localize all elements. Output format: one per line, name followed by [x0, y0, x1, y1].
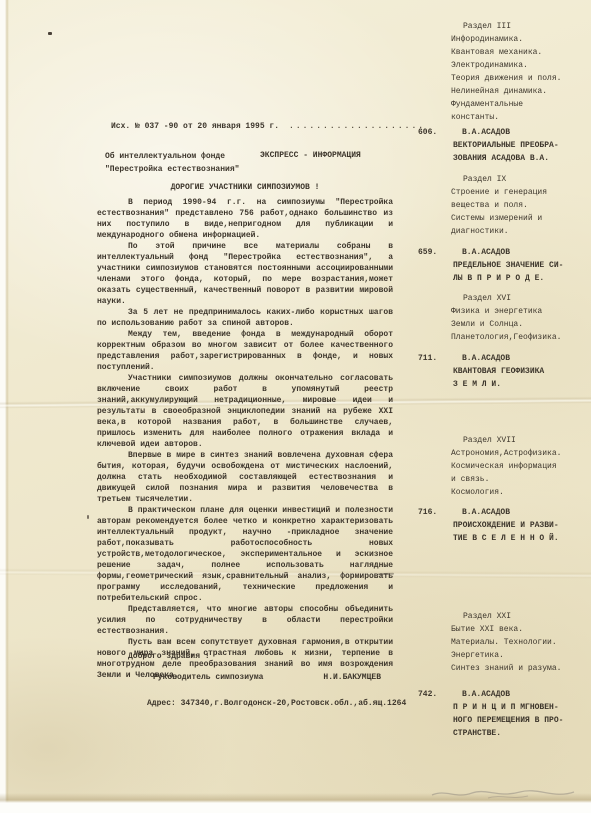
catalog-entry: 659. В.А.АСАДОВ ПРЕДЕЛЬНОЕ ЗНАЧЕНИЕ СИ-Л…: [418, 246, 563, 285]
text-line: Фундаментальные: [451, 98, 561, 111]
scanned-letter-page: Исх. № 037 -90 от 20 января 1995 г......…: [0, 0, 591, 813]
entry-number: 659.: [418, 246, 437, 259]
paragraph: В период 1990-94 г.г. на симпозиумы "Пер…: [97, 197, 393, 241]
text-line: Системы измерений и: [451, 212, 547, 225]
entry-title: П Р И Н Ц И П МГНОВЕН-НОГО ПЕРЕМЕЩЕНИЯ В…: [453, 701, 563, 740]
entry-author: В.А.АСАДОВ: [462, 506, 559, 519]
reference-number: Исх. № 037 -90 от 20 января 1995 г.: [111, 122, 279, 131]
text-line: Материалы. Технологии.: [451, 636, 561, 649]
subject-line-1: Об интеллектуальном фонде: [105, 150, 239, 163]
catalog-entry: 742. В.А.АСАДОВ П Р И Н Ц И П МГНОВЕН-НО…: [418, 688, 563, 740]
paper-speck: [87, 515, 89, 519]
closing-line: Доброго здравия !: [128, 652, 210, 661]
dotted-line: ....................: [289, 122, 425, 131]
paragraph: За 5 лет не предпринималось каких-либо к…: [97, 307, 393, 329]
text-line: Планетология,Геофизика.: [451, 331, 561, 344]
entry-title: ПРЕДЕЛЬНОЕ ЗНАЧЕНИЕ СИ-ЛЫ В П Р И Р О Д …: [453, 259, 563, 285]
section-title: Раздел XXI: [463, 610, 561, 623]
signature-name: Н.И.БАКУМЦЕВ: [323, 673, 381, 682]
catalog-entry: 716. В.А.АСАДОВ ПРОИСХОЖДЕНИЕ И РАЗВИ-ТИ…: [418, 506, 559, 545]
paper-speck: [48, 32, 52, 35]
catalog-section: Раздел III Инфородинамика.Квантовая меха…: [418, 20, 561, 124]
text-line: ПРОИСХОЖДЕНИЕ И РАЗВИ-: [453, 519, 559, 532]
entry-title: ВЕКТОРИАЛЬНЫЕ ПРЕОБРА-ЗОВАНИЯ АСАДОВА В.…: [453, 139, 559, 165]
text-line: Космология.: [451, 486, 561, 499]
text-line: и связь.: [451, 473, 561, 486]
text-line: ЗОВАНИЯ АСАДОВА В.А.: [453, 152, 559, 165]
entry-author: В.А.АСАДОВ: [462, 126, 559, 139]
text-line: ТИЕ В С Е Л Е Н Н О Й.: [453, 532, 559, 545]
text-line: КВАНТОВАЯ ГЕОФИЗИКА: [453, 365, 544, 378]
salutation: ДОРОГИЕ УЧАСТНИКИ СИМПОЗИУМОВ !: [97, 183, 393, 192]
letter-body: Исх. № 037 -90 от 20 января 1995 г......…: [97, 0, 393, 813]
text-line: Строение и генерация: [451, 186, 547, 199]
text-line: З Е М Л И.: [453, 378, 544, 391]
section-title: Раздел III: [463, 20, 561, 33]
reference-line: Исх. № 037 -90 от 20 января 1995 г......…: [111, 122, 425, 131]
catalog-section: Раздел IX Строение и генерациявещества и…: [418, 173, 547, 238]
paragraph: Участники симпозиумов должны окончательн…: [97, 373, 393, 450]
entry-number: 711.: [418, 352, 437, 365]
text-line: ПРЕДЕЛЬНОЕ ЗНАЧЕНИЕ СИ-: [453, 259, 563, 272]
catalog-section: Раздел XVI Физика и энергетикаЗемли и Со…: [418, 292, 561, 344]
text-line: Электродинамика.: [451, 59, 561, 72]
text-line: Бытие XXI века.: [451, 623, 561, 636]
subject-block: Об интеллектуальном фонде "Перестройка е…: [105, 150, 239, 176]
text-line: П Р И Н Ц И П МГНОВЕН-: [453, 701, 563, 714]
section-topics: Бытие XXI века.Материалы. Технологии.Эне…: [451, 623, 561, 675]
text-line: ЛЫ В П Р И Р О Д Е.: [453, 272, 563, 285]
catalog-entry: 606. В.А.АСАДОВ ВЕКТОРИАЛЬНЫЕ ПРЕОБРА-ЗО…: [418, 126, 559, 165]
entry-author: В.А.АСАДОВ: [462, 688, 563, 701]
section-title: Раздел IX: [463, 173, 547, 186]
entry-number: 606.: [418, 126, 437, 139]
section-topics: Строение и генерациявещества и поля.Сист…: [451, 186, 547, 238]
text-line: диагностики.: [451, 225, 547, 238]
entry-author: В.А.АСАДОВ: [462, 352, 544, 365]
paragraph: Представляется, что многие авторы способ…: [97, 604, 393, 637]
entry-title: КВАНТОВАЯ ГЕОФИЗИКАЗ Е М Л И.: [453, 365, 544, 391]
section-topics: Инфородинамика.Квантовая механика.Электр…: [451, 33, 561, 124]
entry-number: 716.: [418, 506, 437, 519]
text-line: константы.: [451, 111, 561, 124]
text-line: Нелинейная динамика.: [451, 85, 561, 98]
letter-paragraphs: В период 1990-94 г.г. на симпозиумы "Пер…: [97, 197, 393, 681]
entry-title: ПРОИСХОЖДЕНИЕ И РАЗВИ-ТИЕ В С Е Л Е Н Н …: [453, 519, 559, 545]
text-line: Инфородинамика.: [451, 33, 561, 46]
paragraph: Между тем, введение фонда в международны…: [97, 329, 393, 373]
text-line: Земли и Солнца.: [451, 318, 561, 331]
scan-edge-bottom: [0, 793, 591, 813]
section-title: Раздел XVII: [463, 434, 561, 447]
text-line: СТРАНСТВЕ.: [453, 727, 563, 740]
express-information-label: ЭКСПРЕСС - ИНФОРМАЦИЯ: [260, 151, 361, 160]
text-line: Теория движения и поля.: [451, 72, 561, 85]
catalog-section: Раздел XVII Астрономия,Астрофизика.Косми…: [418, 434, 561, 499]
text-line: Квантовая механика.: [451, 46, 561, 59]
text-line: Физика и энергетика: [451, 305, 561, 318]
signature-row: Руководитель симпозиума Н.И.БАКУМЦЕВ: [97, 673, 393, 682]
text-line: Энергетика.: [451, 649, 561, 662]
address-line: Адрес: 347340,г.Волгодонск-20,Ростовск.о…: [147, 699, 406, 708]
entry-author: В.А.АСАДОВ: [462, 246, 563, 259]
text-line: ВЕКТОРИАЛЬНЫЕ ПРЕОБРА-: [453, 139, 559, 152]
text-line: Астрономия,Астрофизика.: [451, 447, 561, 460]
section-topics: Астрономия,Астрофизика.Космическая инфор…: [451, 447, 561, 499]
paragraph: Впервые в мире в синтез знаний вовлечена…: [97, 450, 393, 505]
section-topics: Физика и энергетикаЗемли и Солнца.Планет…: [451, 305, 561, 344]
entry-number: 742.: [418, 688, 437, 701]
section-title: Раздел XVI: [463, 292, 561, 305]
text-line: НОГО ПЕРЕМЕЩЕНИЯ В ПРО-: [453, 714, 563, 727]
text-line: вещества и поля.: [451, 199, 547, 212]
paragraph: В практическом плане для оценки инвестиц…: [97, 505, 393, 604]
catalog-section: Раздел XXI Бытие XXI века.Материалы. Тех…: [418, 610, 561, 675]
paragraph: По этой причине все материалы собраны в …: [97, 241, 393, 307]
text-line: Космическая информация: [451, 460, 561, 473]
signature-role: Руководитель симпозиума: [153, 673, 263, 682]
subject-line-2: "Перестройка естествознания": [105, 163, 239, 176]
text-line: Синтез знаний и разума.: [451, 662, 561, 675]
catalog-entry: 711. В.А.АСАДОВ КВАНТОВАЯ ГЕОФИЗИКАЗ Е М…: [418, 352, 544, 391]
